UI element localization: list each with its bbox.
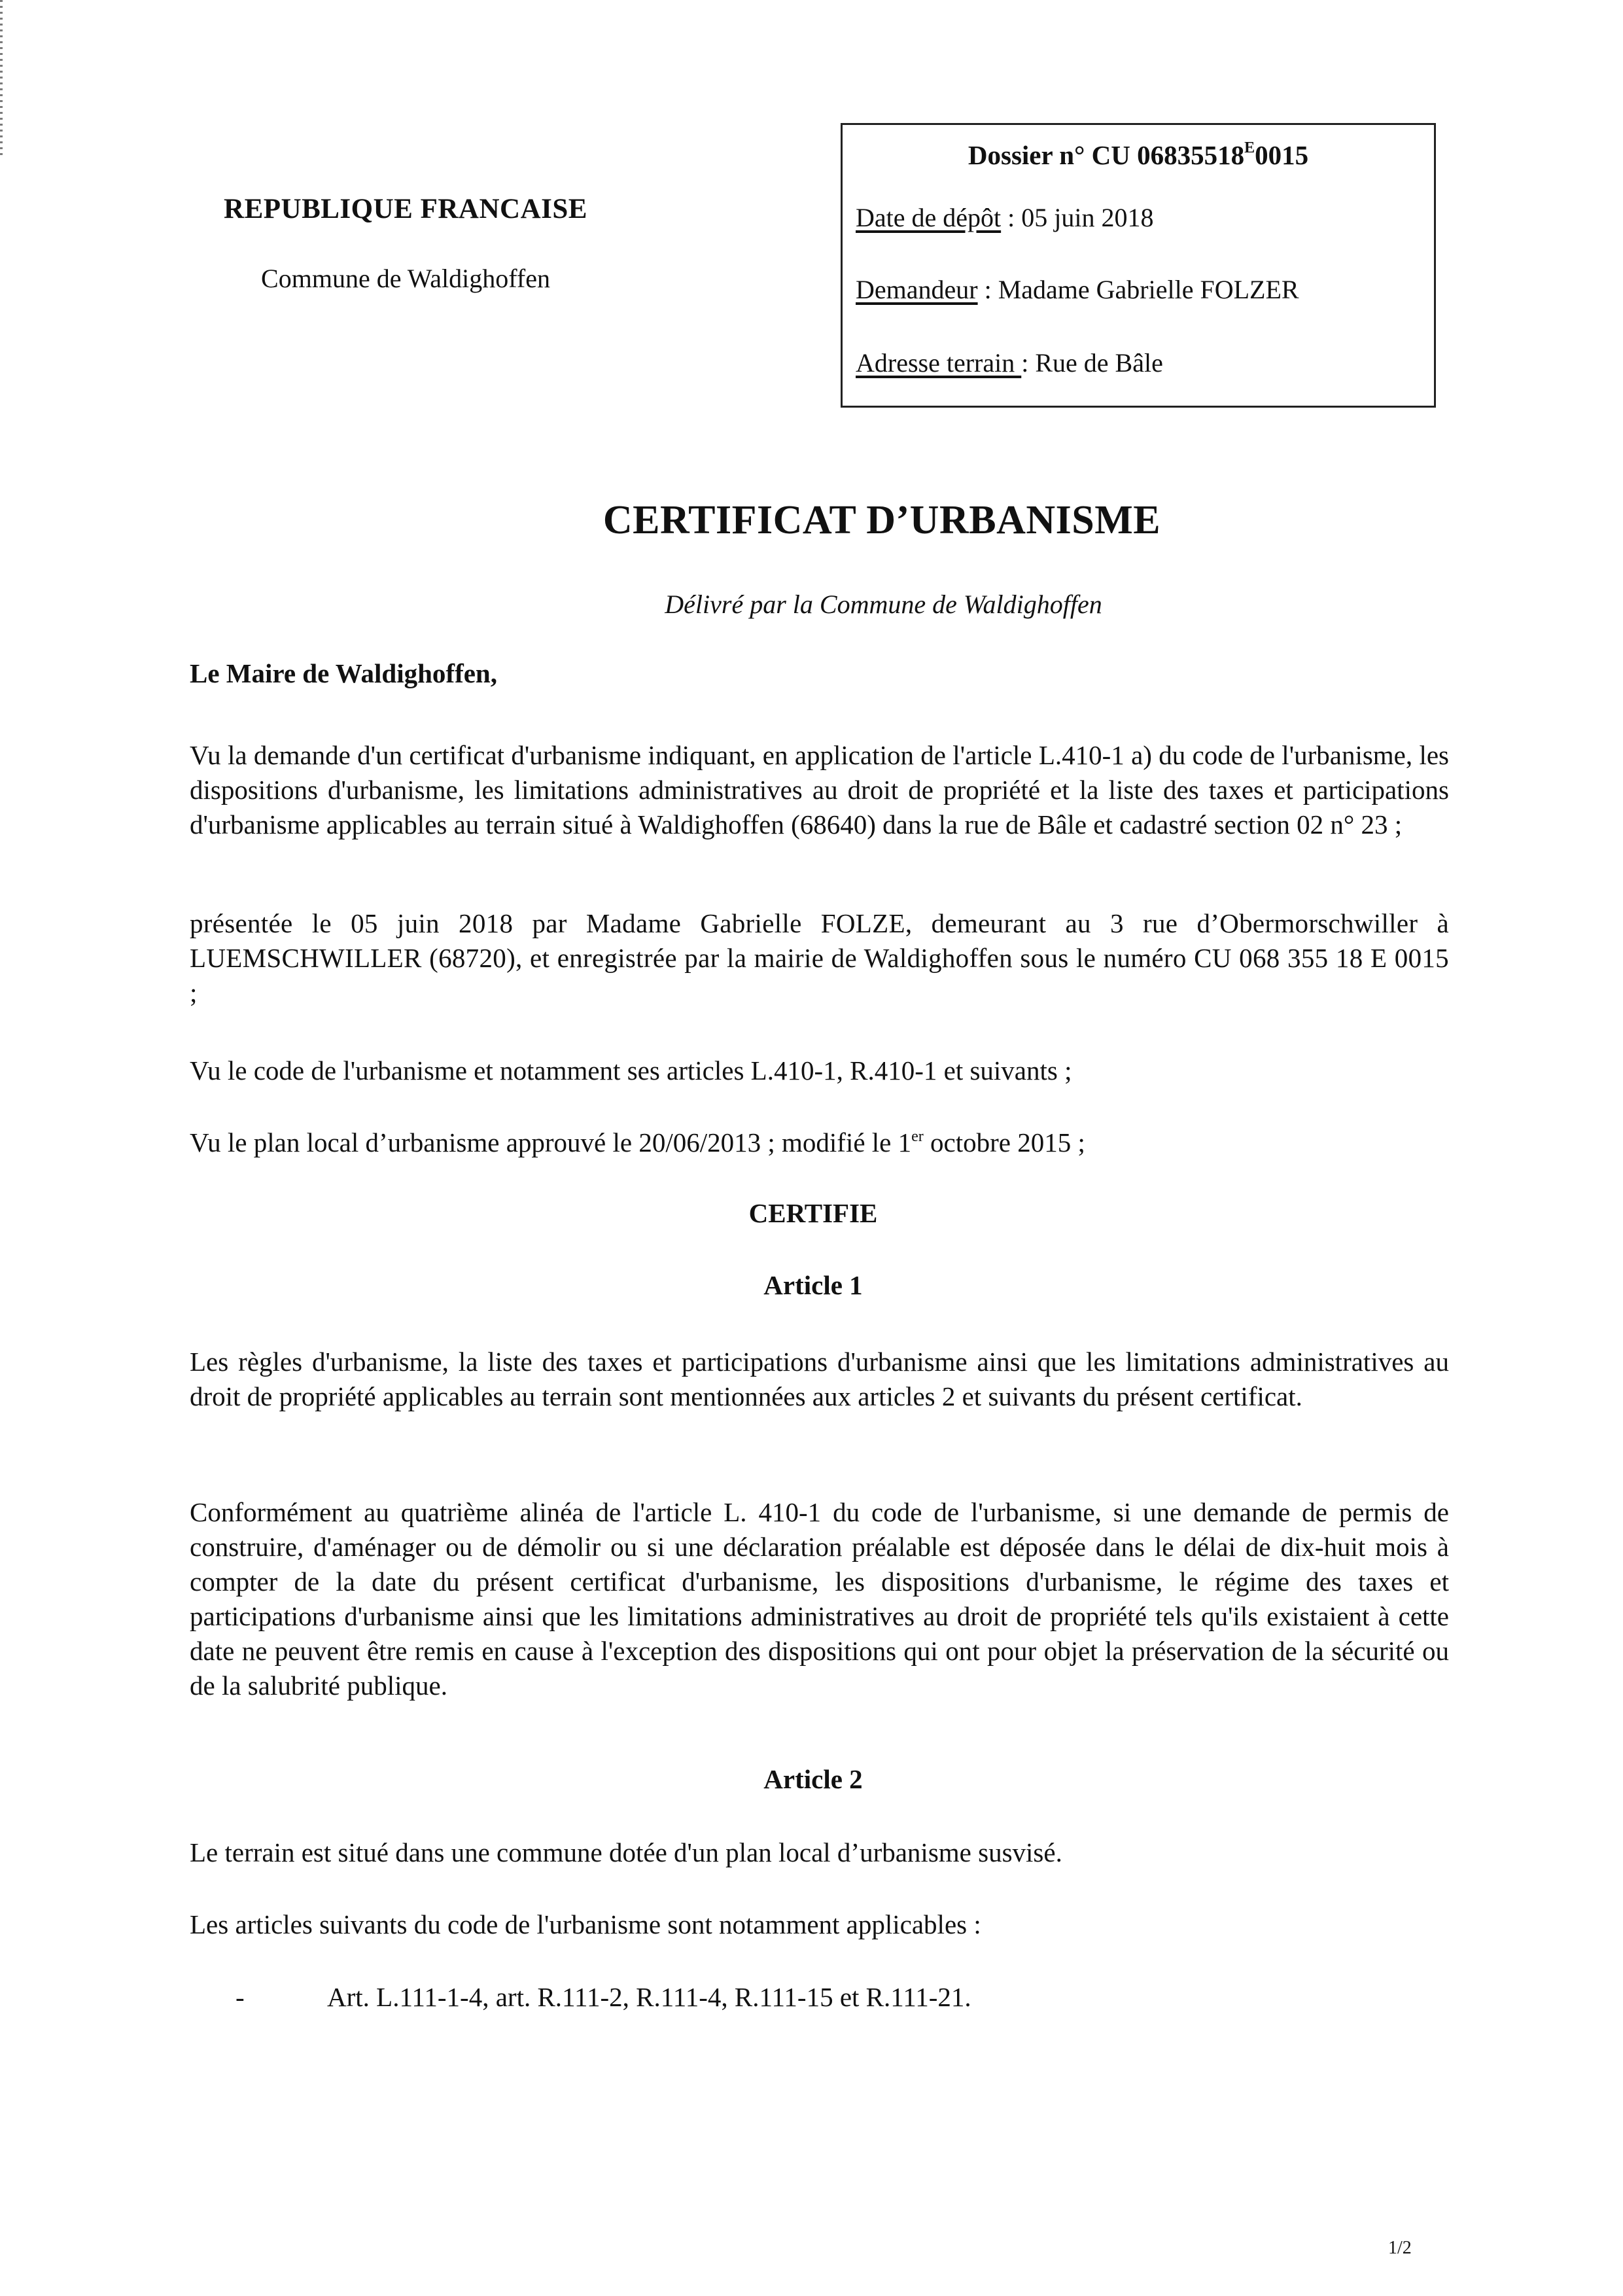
plu-ordinal: er — [911, 1128, 924, 1145]
dossier-info-box: Dossier n° CU 06835518E0015 Date de dépô… — [841, 123, 1436, 408]
land-address-value: : Rue de Bâle — [1021, 348, 1163, 378]
country-title: REPUBLIQUE FRANCAISE — [183, 190, 628, 229]
certifie-heading: CERTIFIE — [0, 1197, 1623, 1229]
article-1-heading: Article 1 — [0, 1269, 1623, 1301]
dossier-number-prefix: Dossier n° CU 06835518 — [968, 140, 1244, 170]
plu-text: Vu le plan local d’urbanisme approuvé le… — [190, 1127, 911, 1157]
issuer-header: REPUBLIQUE FRANCAISE Commune de Waldigho… — [183, 190, 628, 297]
dossier-number: Dossier n° CU 06835518E0015 — [843, 139, 1434, 171]
deposit-date-row: Date de dépôt : 05 juin 2018 — [856, 202, 1153, 233]
applicant-label: Demandeur — [856, 275, 978, 304]
article-1-paragraph: Les règles d'urbanisme, la liste des tax… — [190, 1345, 1449, 1414]
applicant-value: : Madame Gabrielle FOLZER — [978, 275, 1299, 304]
consideration-code: Vu le code de l'urbanisme et notamment s… — [190, 1053, 1449, 1088]
deposit-date-label: Date de dépôt — [856, 203, 1001, 232]
consideration-plu: Vu le plan local d’urbanisme approuvé le… — [190, 1125, 1449, 1160]
dossier-number-suffix: 0015 — [1255, 140, 1308, 170]
applicable-articles-list-item: -Art. L.111-1-4, art. R.111-2, R.111-4, … — [203, 1981, 971, 2013]
article-2-paragraph: Les articles suivants du code de l'urban… — [190, 1907, 1449, 1942]
deposit-date-value: : 05 juin 2018 — [1001, 203, 1153, 232]
document-title: CERTIFICAT D’URBANISME — [0, 497, 1623, 544]
land-address-row: Adresse terrain : Rue de Bâle — [856, 347, 1163, 378]
article-1-paragraph: Conformément au quatrième alinéa de l'ar… — [190, 1495, 1449, 1703]
article-2-heading: Article 2 — [0, 1763, 1623, 1795]
addressee: Le Maire de Waldighoffen, — [190, 658, 497, 689]
consideration-request: Vu la demande d'un certificat d'urbanism… — [190, 738, 1449, 842]
list-item-text: Art. L.111-1-4, art. R.111-2, R.111-4, R… — [327, 1982, 971, 2012]
commune-name: Commune de Waldighoffen — [183, 260, 628, 297]
list-dash-marker: - — [203, 1981, 327, 2013]
scan-edge-artifact — [0, 0, 3, 157]
consideration-presented: présentée le 05 juin 2018 par Madame Gab… — [190, 906, 1449, 1010]
dossier-number-superscript: E — [1244, 139, 1255, 156]
plu-text-end: octobre 2015 ; — [924, 1127, 1085, 1157]
page-number: 1/2 — [1388, 2238, 1412, 2259]
document-subtitle: Délivré par la Commune de Waldighoffen — [0, 589, 1623, 620]
article-2-paragraph: Le terrain est situé dans une commune do… — [190, 1835, 1449, 1870]
land-address-label: Adresse terrain — [856, 348, 1021, 378]
applicant-row: Demandeur : Madame Gabrielle FOLZER — [856, 274, 1299, 305]
